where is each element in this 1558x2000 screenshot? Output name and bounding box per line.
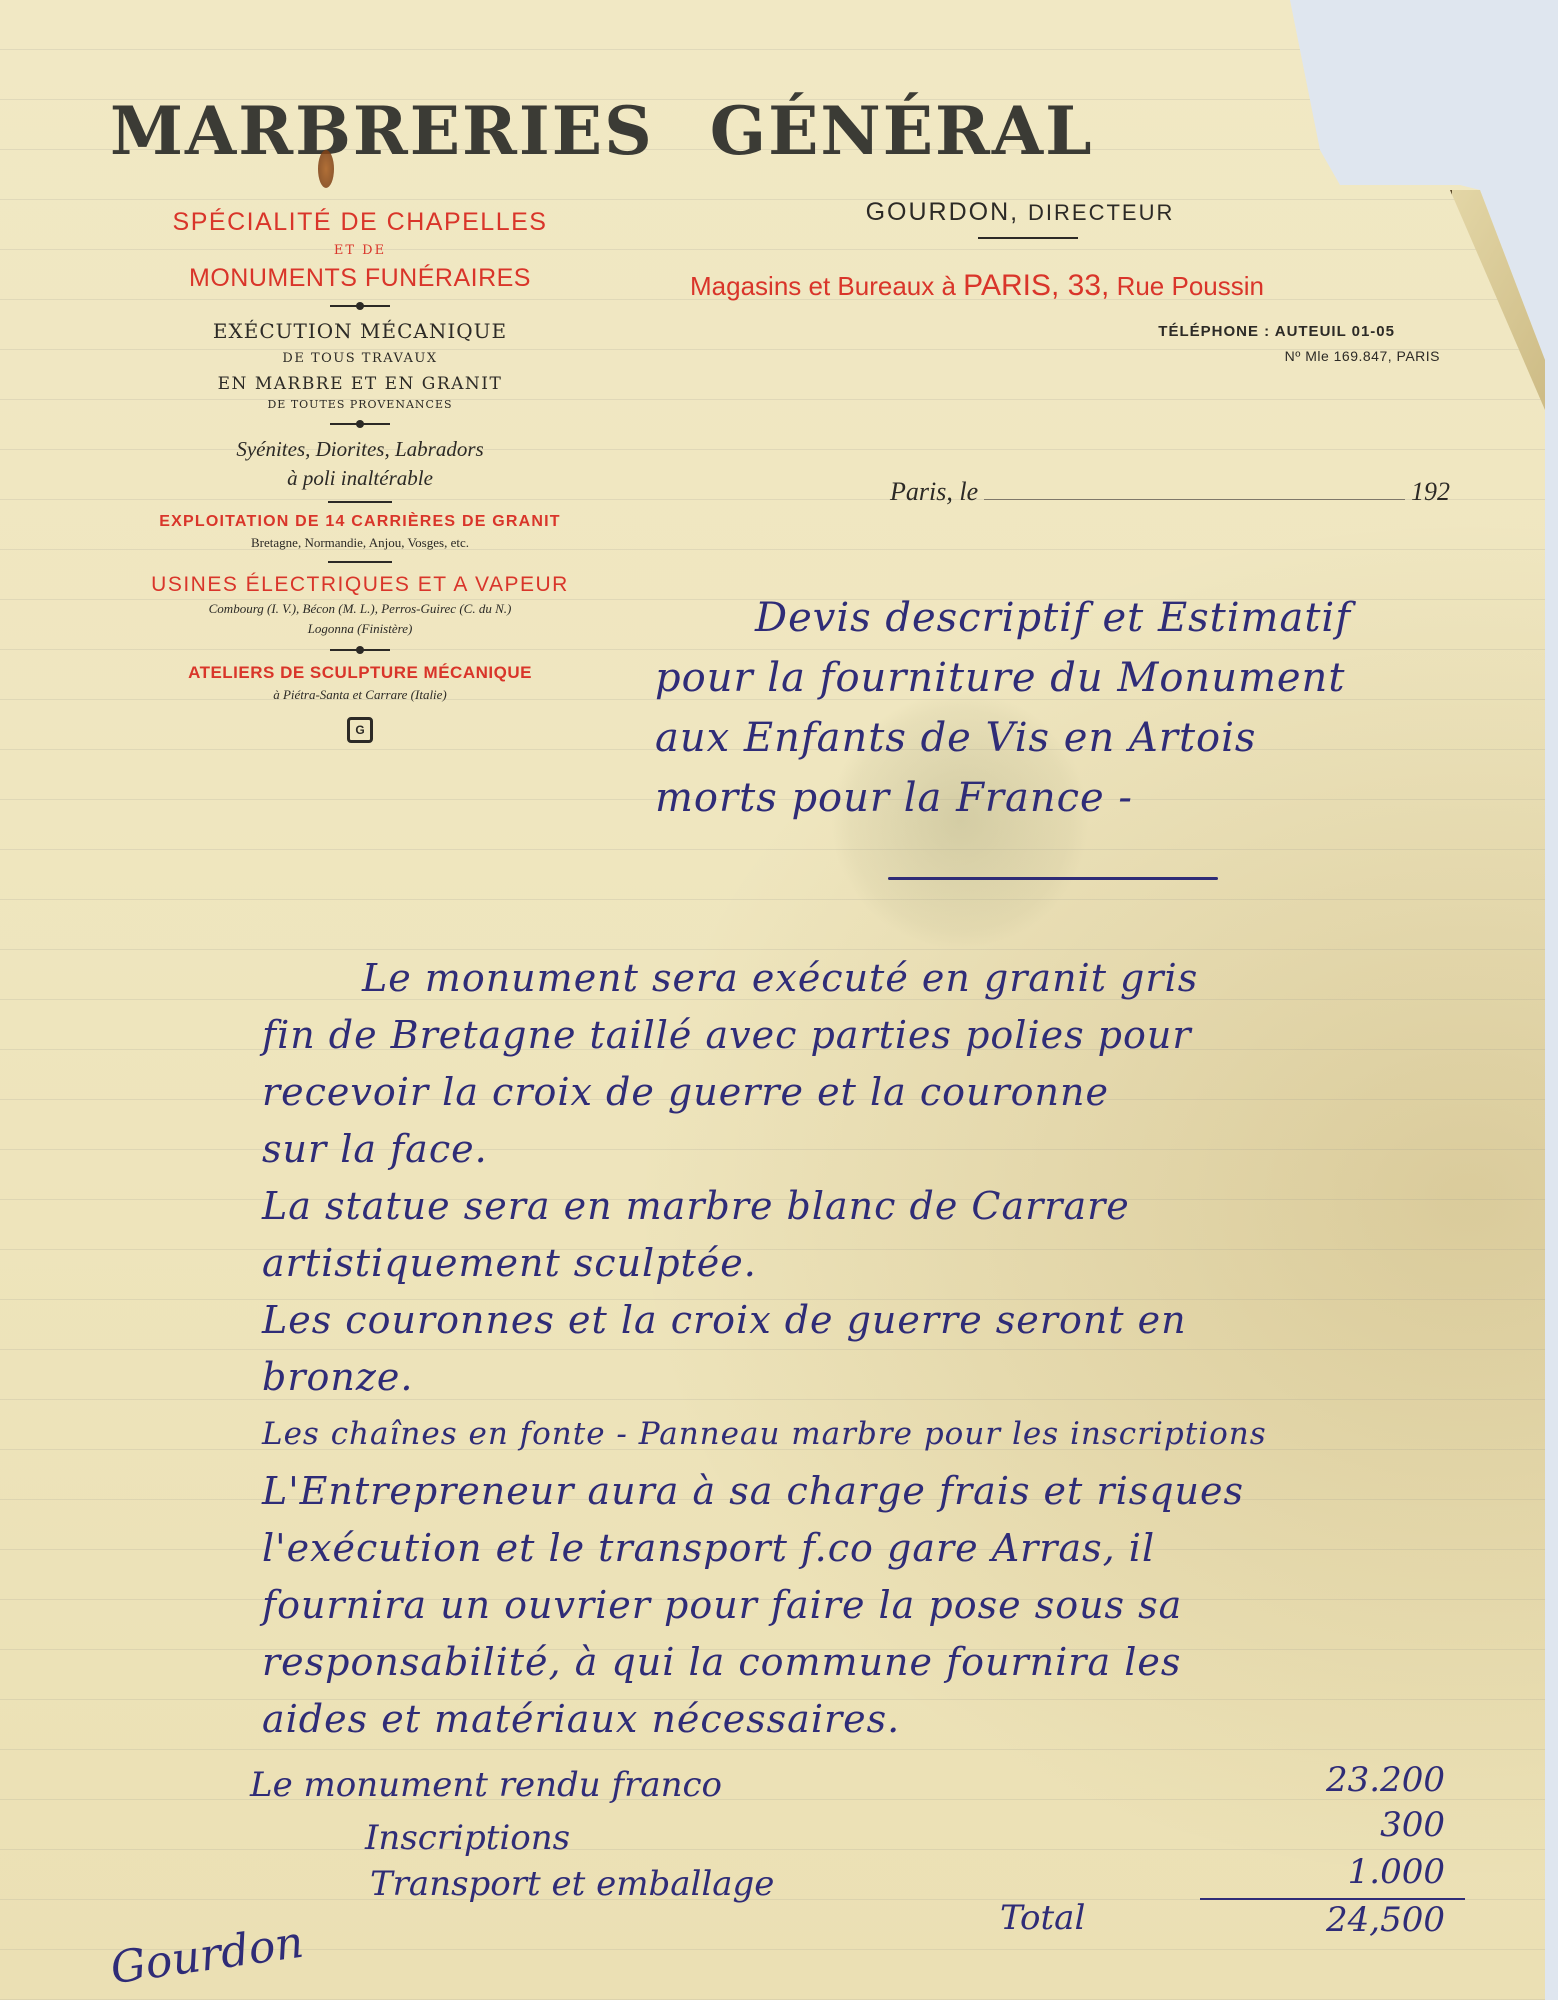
address-street: Rue Poussin: [1109, 271, 1264, 301]
body-line: Les couronnes et la croix de guerre sero…: [262, 1292, 1267, 1349]
company-name-part1: MARBRERIES: [110, 92, 654, 170]
body-line: Le monument sera exécuté en granit gris: [262, 950, 1267, 1007]
body-line: La statue sera en marbre blanc de Carrar…: [262, 1178, 1267, 1235]
letterhead-right-column: GOURDON, DIRECTEUR Magasins et Bureaux à…: [680, 198, 1440, 364]
tous-travaux-line: DE TOUS TRAVAUX: [100, 351, 620, 366]
usines-places-line-2: Logonna (Finistère): [100, 621, 620, 637]
telephone-line: TÉLÉPHONE : AUTEUIL 01-05: [680, 323, 1395, 340]
monuments-line: MONUMENTS FUNÉRAIRES: [100, 264, 620, 293]
specialite-line: SPÉCIALITÉ DE CHAPELLES: [100, 208, 620, 237]
date-blank: [984, 481, 1405, 500]
heading-line: pour la fourniture du Monument: [655, 648, 1351, 708]
ateliers-place-line: à Piétra-Santa et Carrare (Italie): [100, 687, 620, 703]
usines-line: USINES ÉLECTRIQUES ET A VAPEUR: [100, 573, 620, 597]
execution-line: EXÉCUTION MÉCANIQUE: [100, 319, 620, 343]
ornament-divider: [330, 305, 390, 307]
company-name: MARBRERIESGÉNÉRAL: [110, 92, 1094, 170]
ateliers-line: ATELIERS DE SCULPTURE MÉCANIQUE: [100, 663, 620, 683]
divider-rule: [328, 501, 392, 503]
provenances-line: DE TOUTES PROVENANCES: [100, 398, 620, 411]
body-line: l'exécution et le transport f.co gare Ar…: [262, 1520, 1267, 1577]
director-name: GOURDON,: [866, 198, 1020, 226]
stones-line: Syénites, Diorites, Labradors: [100, 437, 620, 462]
rust-stain: [318, 150, 334, 188]
body-line: fin de Bretagne taillé avec parties poli…: [262, 1007, 1267, 1064]
company-name-part2: GÉNÉRAL: [710, 92, 1094, 170]
poli-line: à poli inaltérable: [100, 466, 620, 491]
ornament-divider: [978, 237, 1078, 239]
director-title: DIRECTEUR: [1028, 200, 1174, 225]
body-line: L'Entrepreneur aura à sa charge frais et…: [262, 1463, 1267, 1520]
registre-line: Nº Mle 169.847, PARIS: [680, 348, 1440, 364]
date-line: Paris, le 192: [890, 477, 1450, 507]
letterhead-left-column: SPÉCIALITÉ DE CHAPELLES ET DE MONUMENTS …: [100, 200, 620, 743]
body-line: recevoir la croix de guerre et la couron…: [262, 1064, 1267, 1121]
body-line: sur la face.: [262, 1121, 1267, 1178]
heading-line: aux Enfants de Vis en Artois: [655, 708, 1351, 768]
cost-label: Le monument rendu franco: [250, 1765, 722, 1805]
total-amount: 24,500: [1245, 1900, 1445, 1940]
address-city: PARIS, 33,: [963, 269, 1109, 302]
marbre-granit-line: EN MARBRE ET EN GRANIT: [100, 374, 620, 394]
director-line: GOURDON, DIRECTEUR: [600, 198, 1440, 227]
heading-underline: [888, 877, 1218, 880]
cost-label: Transport et emballage: [370, 1864, 774, 1904]
handwritten-heading: Devis descriptif et Estimatif pour la fo…: [655, 588, 1351, 828]
monogram-icon: G: [347, 717, 373, 743]
cost-label: Inscriptions: [365, 1818, 570, 1858]
et-de-line: ET DE: [100, 243, 620, 258]
body-line: artistiquement sculptée.: [262, 1235, 1267, 1292]
cost-amount: 23.200: [1245, 1760, 1445, 1800]
body-line: responsabilité, à qui la commune fournir…: [262, 1634, 1267, 1691]
body-line: bronze.: [262, 1349, 1267, 1406]
divider-rule: [328, 561, 392, 563]
cost-amount: 1.000: [1245, 1852, 1445, 1892]
cost-amount: 300: [1245, 1805, 1445, 1845]
address-prefix: Magasins et Bureaux à: [690, 271, 963, 301]
handwritten-body: Le monument sera exécuté en granit gris …: [262, 950, 1267, 1748]
total-label: Total: [1000, 1898, 1085, 1938]
body-line: Les chaînes en fonte - Panneau marbre po…: [262, 1406, 1267, 1463]
date-year: 192: [1411, 477, 1450, 507]
body-line: aides et matériaux nécessaires.: [262, 1691, 1267, 1748]
usines-places-line-1: Combourg (I. V.), Bécon (M. L.), Perros-…: [100, 601, 620, 617]
ornament-divider: [330, 423, 390, 425]
ornament-divider: [330, 649, 390, 651]
date-prefix: Paris, le: [890, 477, 978, 507]
body-line: fournira un ouvrier pour faire la pose s…: [262, 1577, 1267, 1634]
heading-line: Devis descriptif et Estimatif: [655, 588, 1351, 648]
address-line: Magasins et Bureaux à PARIS, 33, Rue Pou…: [690, 269, 1440, 303]
heading-line: morts pour la France -: [655, 768, 1351, 828]
exploitation-line: EXPLOITATION DE 14 CARRIÈRES DE GRANIT: [100, 513, 620, 531]
regions-line: Bretagne, Normandie, Anjou, Vosges, etc.: [100, 535, 620, 551]
